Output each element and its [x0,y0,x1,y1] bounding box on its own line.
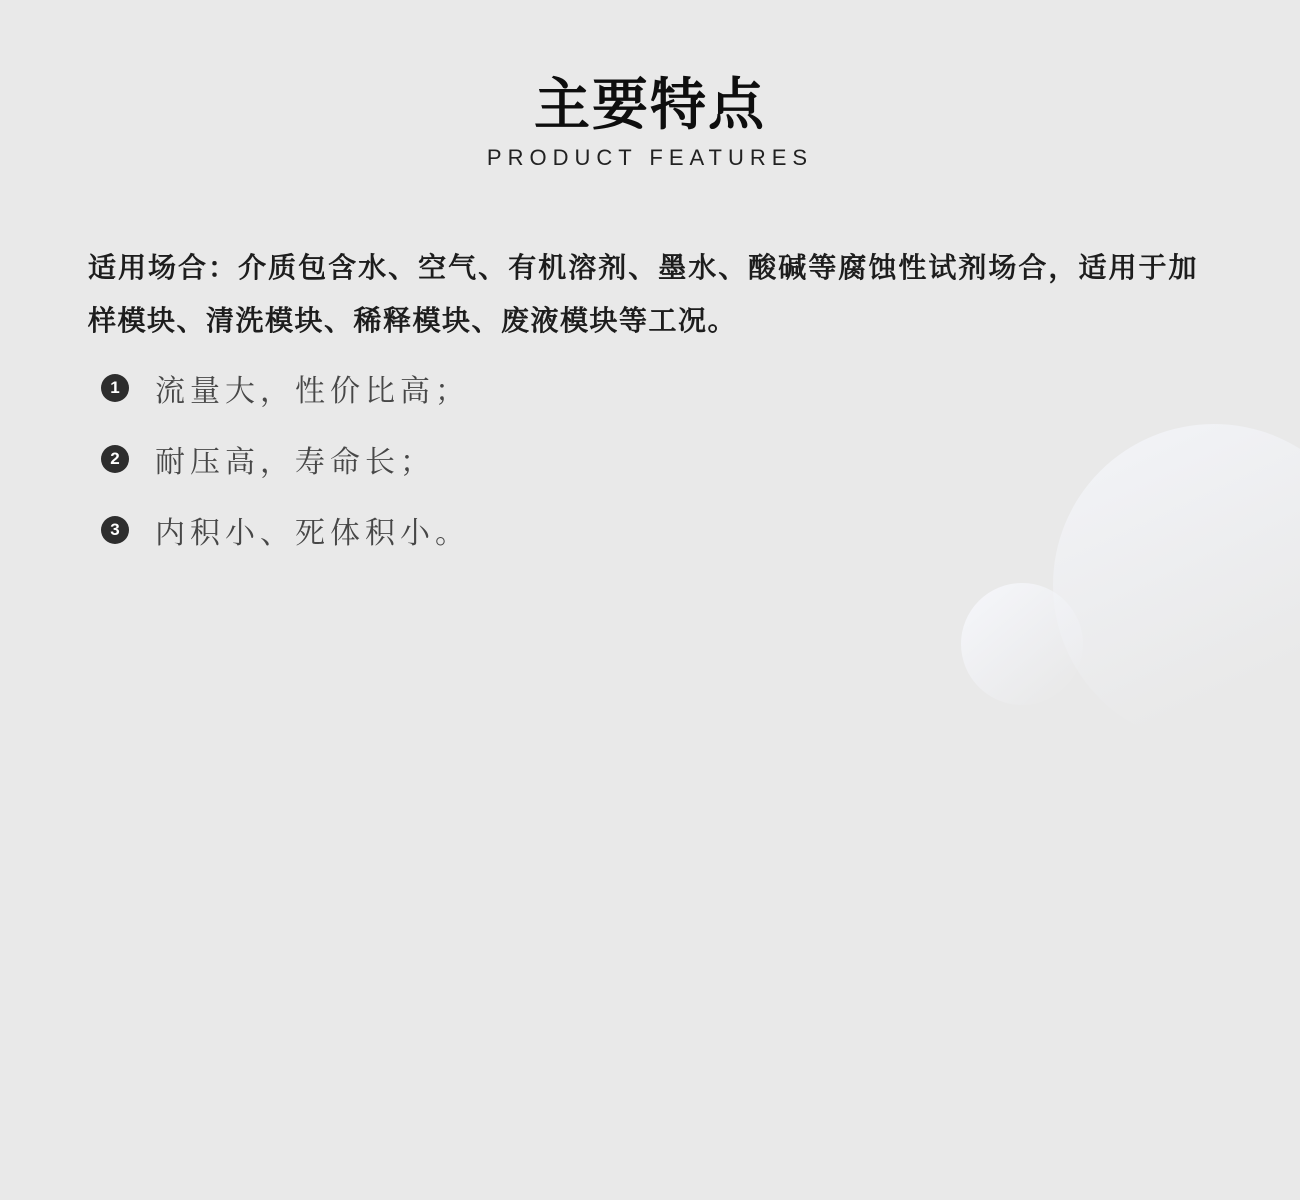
product-features-section: 主要特点 PRODUCT FEATURES 适用场合：介质包含水、空气、有机溶剂… [0,0,1300,1200]
page-subtitle: PRODUCT FEATURES [0,145,1300,171]
feature-text: 耐压高，寿命长； [155,437,435,481]
intro-text: 适用场合：介质包含水、空气、有机溶剂、墨水、酸碱等腐蚀性试剂场合，适用于加样模块… [88,241,1198,347]
feature-number-badge-1: 1 [101,374,129,402]
decorative-circle-small [961,583,1083,705]
decorative-circle-large [1053,424,1300,746]
feature-number: 3 [110,520,119,539]
feature-number-badge-3: 3 [101,516,129,544]
feature-number: 2 [110,449,119,468]
feature-number: 1 [110,378,119,397]
feature-item-2: 2 耐压高，寿命长； [101,445,470,473]
feature-list: 1 流量大，性价比高； 2 耐压高，寿命长； 3 内积小、死体积小。 [101,374,470,587]
section-header: 主要特点 PRODUCT FEATURES [0,74,1300,171]
feature-item-1: 1 流量大，性价比高； [101,374,470,402]
page-title: 主要特点 [0,74,1300,136]
feature-number-badge-2: 2 [101,445,129,473]
feature-text: 流量大，性价比高； [155,366,470,410]
feature-text: 内积小、死体积小。 [155,508,470,552]
feature-item-3: 3 内积小、死体积小。 [101,516,470,544]
